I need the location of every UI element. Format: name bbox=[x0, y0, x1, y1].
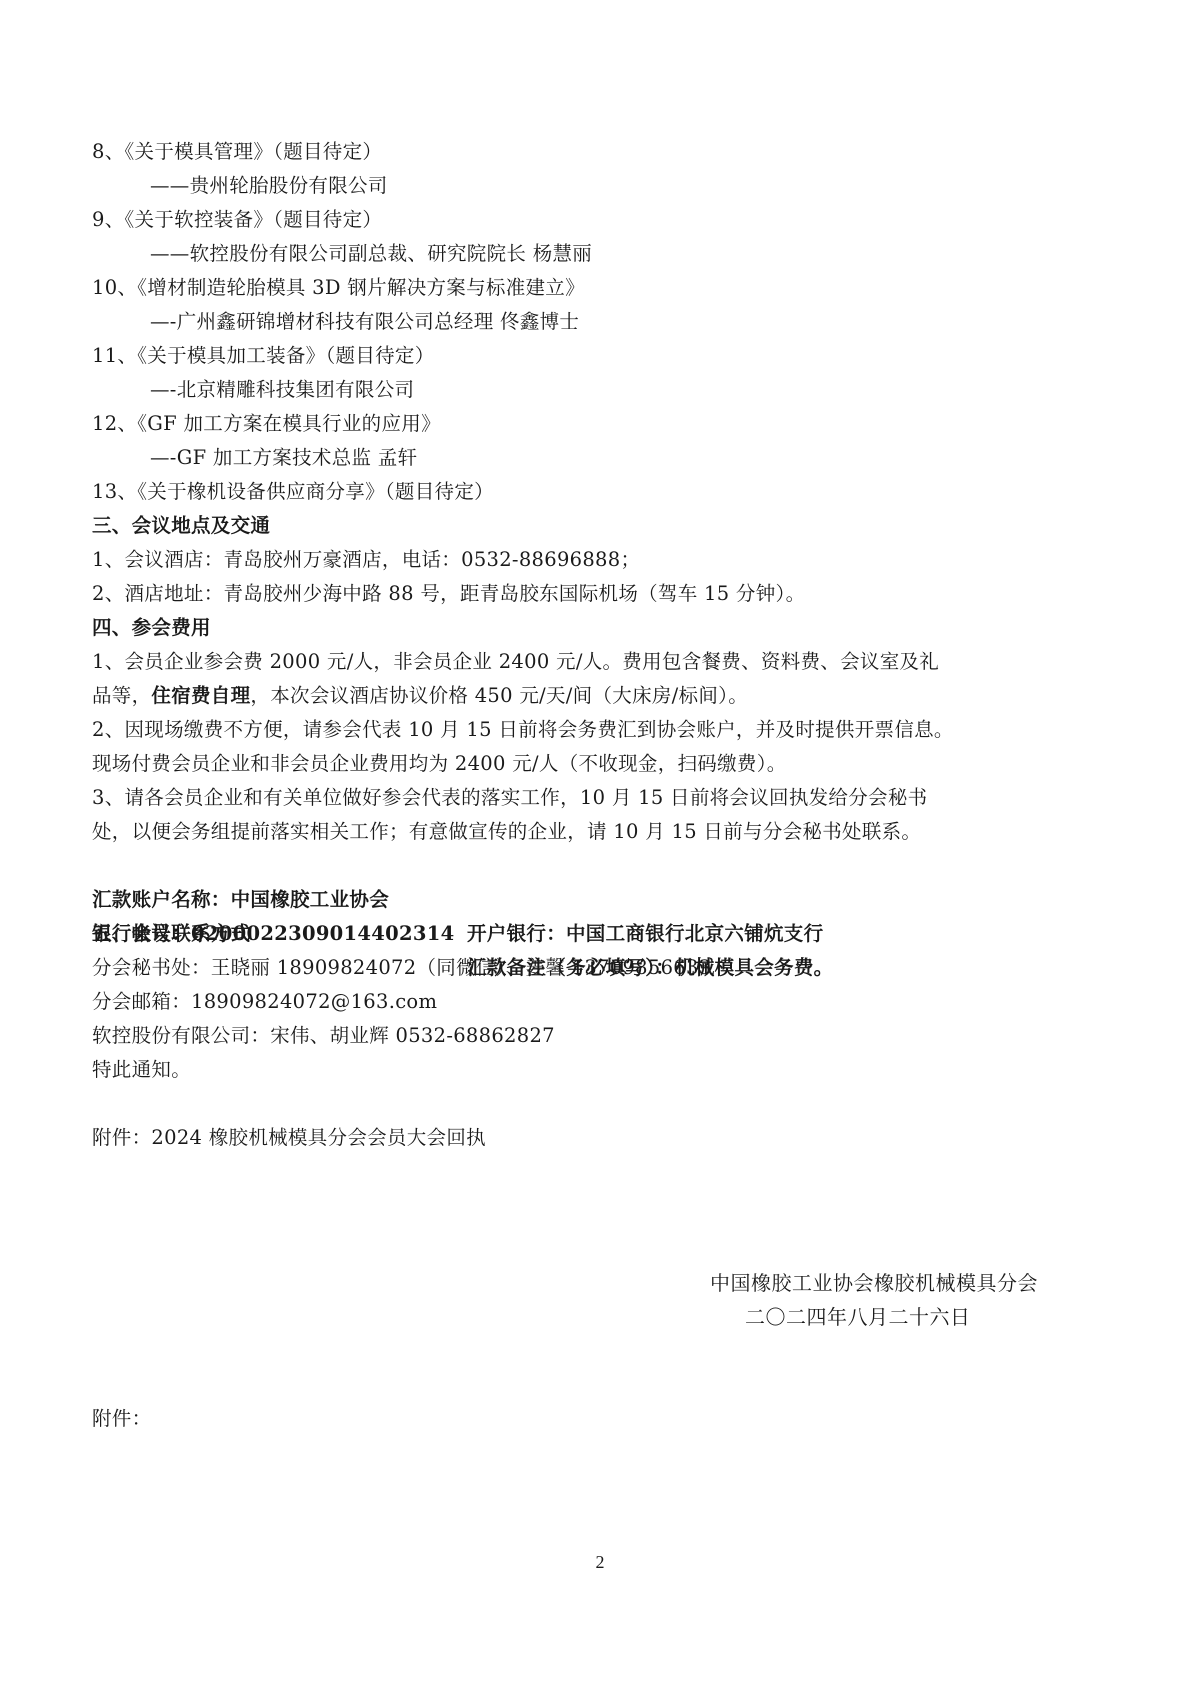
accommodation-self-paid: 住宿费自理 bbox=[151, 684, 250, 707]
agenda-item-13-title: 13、《关于橡机设备供应商分享》（题目待定） bbox=[92, 475, 494, 509]
document-page: 8、《关于模具管理》（题目待定） ——贵州轮胎股份有限公司 9、《关于软控装备》… bbox=[0, 0, 1200, 1696]
section-4-heading: 四、参会费用 bbox=[92, 611, 211, 645]
fee-item-1-line-2: 品等，住宿费自理，本次会议酒店协议价格 450 元/天/间（大床房/标间）。 bbox=[92, 679, 748, 713]
agenda-item-8-title: 8、《关于模具管理》（题目待定） bbox=[92, 135, 382, 169]
closing-notice: 特此通知。 bbox=[92, 1053, 191, 1087]
agenda-item-12-speaker: —-GF 加工方案技术总监 孟轩 bbox=[150, 441, 417, 475]
attachment-label: 附件： bbox=[92, 1402, 151, 1436]
fee-item-2-line-1: 2、因现场缴费不方便，请参会代表 10 月 15 日前将会务费汇到协会账户，并及… bbox=[92, 713, 954, 747]
fee-item-1-post: ，本次会议酒店协议价格 450 元/天/间（大床房/标间）。 bbox=[250, 684, 748, 707]
agenda-item-8-speaker: ——贵州轮胎股份有限公司 bbox=[150, 169, 388, 203]
agenda-item-11-title: 11、《关于模具加工装备》（题目待定） bbox=[92, 339, 435, 373]
section-3-line-2: 2、酒店地址：青岛胶州少海中路 88 号，距青岛胶东国际机场（驾车 15 分钟）… bbox=[92, 577, 805, 611]
contact-email: 分会邮箱：18909824072@163.com bbox=[92, 985, 437, 1019]
contact-company: 软控股份有限公司：宋伟、胡业辉 0532-68862827 bbox=[92, 1019, 555, 1053]
agenda-item-9-speaker: ——软控股份有限公司副总裁、研究院院长 杨慧丽 bbox=[150, 237, 592, 271]
section-3-heading: 三、会议地点及交通 bbox=[92, 509, 270, 543]
fee-item-1-line-1: 1、会员企业参会费 2000 元/人，非会员企业 2400 元/人。费用包含餐费… bbox=[92, 645, 939, 679]
section-3-line-1: 1、会议酒店：青岛胶州万豪酒店，电话：0532-88696888； bbox=[92, 543, 640, 577]
agenda-item-11-speaker: —-北京精雕科技集团有限公司 bbox=[150, 373, 414, 407]
agenda-item-9-title: 9、《关于软控装备》（题目待定） bbox=[92, 203, 382, 237]
attachment-note: 附件：2024 橡胶机械模具分会会员大会回执 bbox=[92, 1121, 486, 1155]
agenda-item-10-title: 10、《增材制造轮胎模具 3D 钢片解决方案与标准建立》 bbox=[92, 271, 585, 305]
contact-secretariat: 分会秘书处：王晓丽 18909824072（同微信）、姜馨 1370985663… bbox=[92, 951, 711, 985]
agenda-item-12-title: 12、《GF 加工方案在模具行业的应用》 bbox=[92, 407, 441, 441]
agenda-item-10-speaker: —-广州鑫研锦增材科技有限公司总经理 佟鑫博士 bbox=[150, 305, 579, 339]
fee-item-2-line-2: 现场付费会员企业和非会员企业费用均为 2400 元/人（不收现金，扫码缴费）。 bbox=[92, 747, 787, 781]
fee-item-3-line-1: 3、请各会员企业和有关单位做好参会代表的落实工作，10 月 15 日前将会议回执… bbox=[92, 781, 927, 815]
signature-date: 二〇二四年八月二十六日 bbox=[745, 1300, 971, 1334]
section-5-heading: 五、会议联系方式 bbox=[92, 917, 250, 951]
fee-item-3-line-2: 处，以便会务组提前落实相关工作；有意做宣传的企业，请 10 月 15 日前与分会… bbox=[92, 815, 921, 849]
fee-item-1-pre: 品等， bbox=[92, 684, 151, 707]
signature-organization: 中国橡胶工业协会橡胶机械模具分会 bbox=[710, 1266, 1038, 1300]
page-number: 2 bbox=[0, 1552, 1200, 1573]
